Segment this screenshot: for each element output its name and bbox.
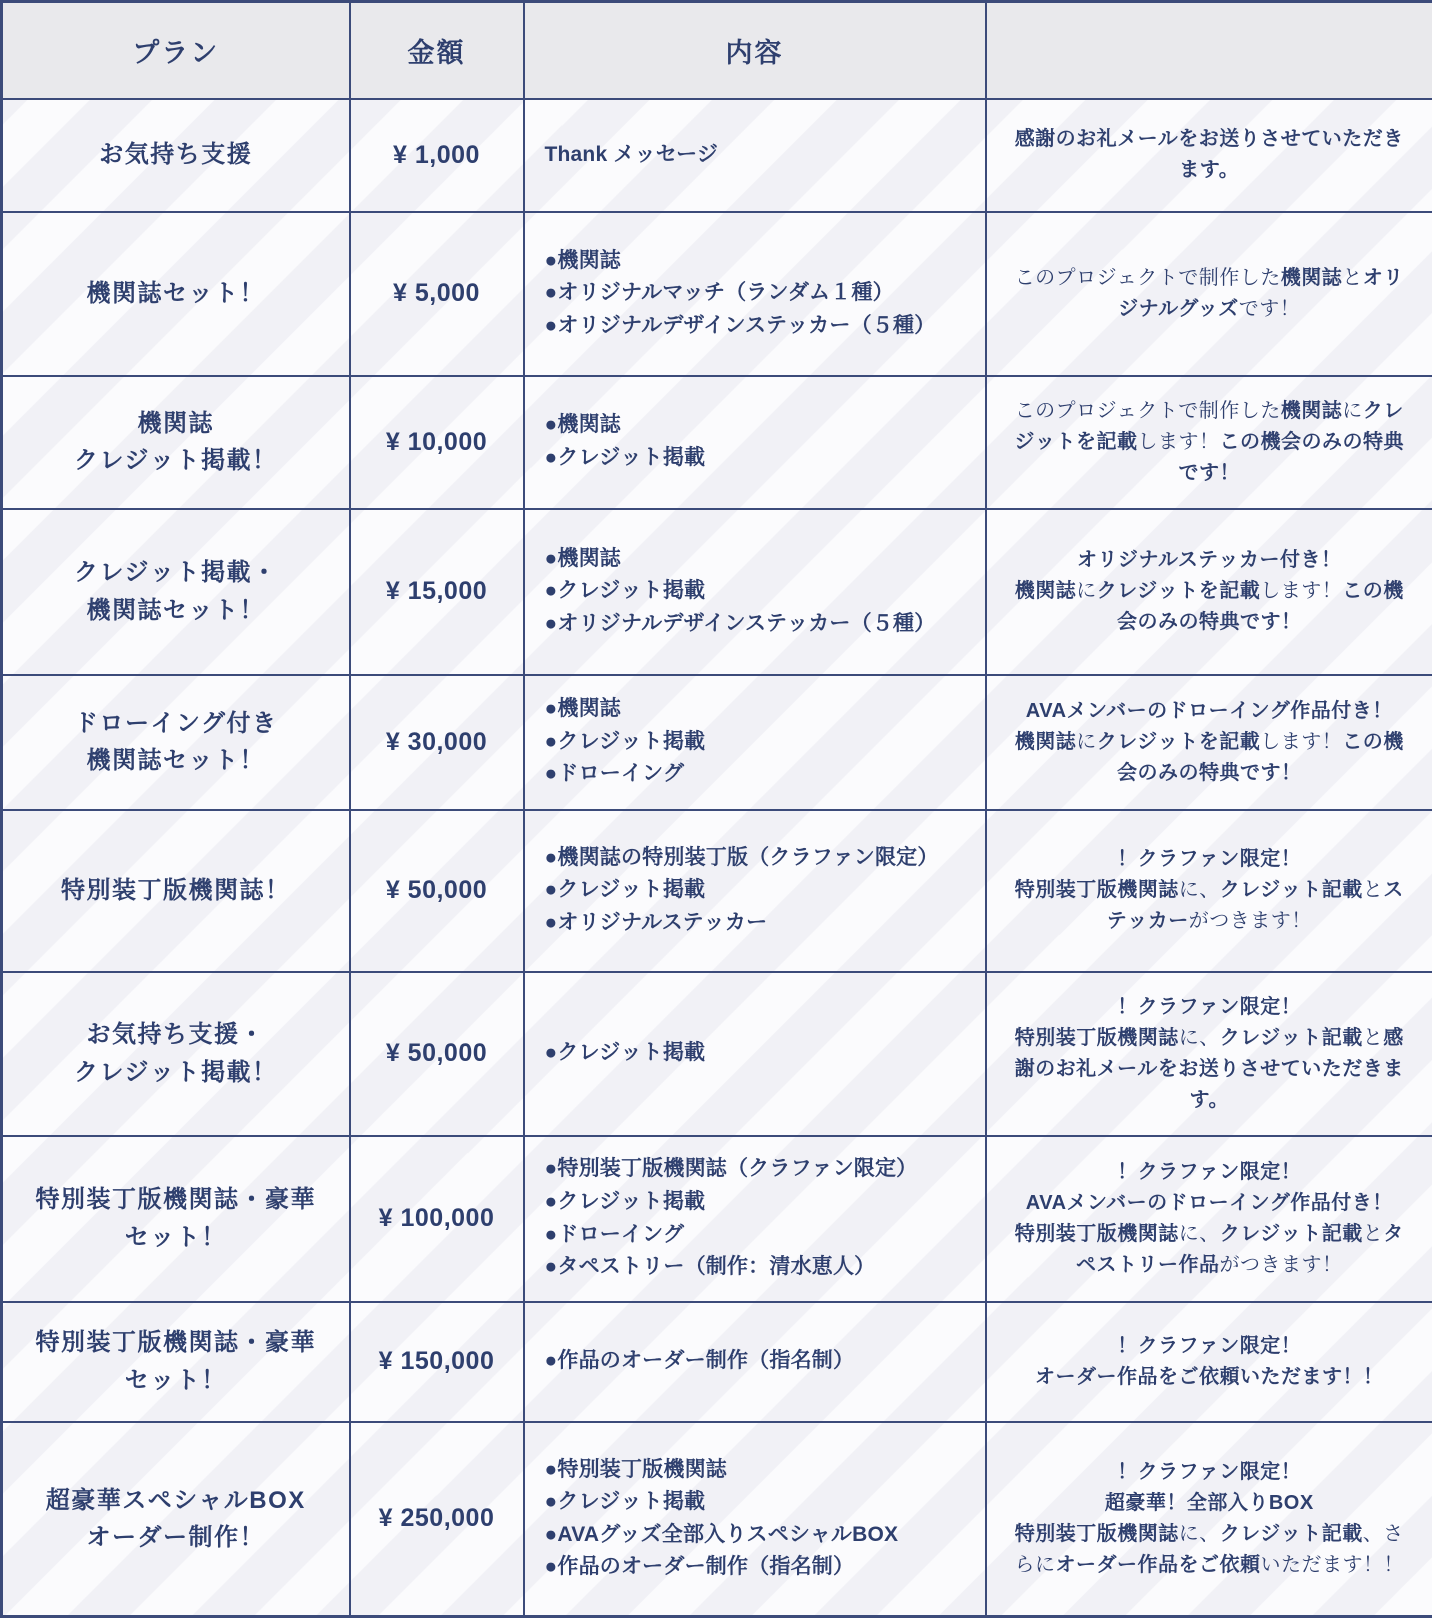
table-row: 超豪華スペシャルBOXオーダー制作！ ¥ 250,000 ●特別装丁版機関誌●ク… xyxy=(2,1422,1432,1617)
description-segment: 特別装丁版機関誌 xyxy=(1015,1223,1179,1245)
description-line: このプロジェクトで制作した機関誌にクレジットを記載します！この機会のみの特典です… xyxy=(1015,396,1405,489)
content-item: ●機関誌の特別装丁版（クラファン限定） xyxy=(545,842,975,875)
description-segment: いただます！！ xyxy=(1261,1554,1405,1576)
plan-cell: 機関誌セット！ xyxy=(2,212,350,376)
content-cell: ●機関誌●クレジット掲載 xyxy=(524,376,986,509)
table-row: 機関誌セット！ ¥ 5,000 ●機関誌●オリジナルマッチ（ランダム１種）●オリ… xyxy=(2,212,1432,376)
plan-line: 機関誌 xyxy=(138,410,215,437)
content-cell: Thank メッセージ xyxy=(524,99,986,212)
amount-cell: ¥ 100,000 xyxy=(350,1136,524,1302)
header-row: プラン 金額 内容 xyxy=(2,2,1432,99)
amount-cell: ¥ 15,000 xyxy=(350,509,524,675)
content-item: ●クレジット掲載 xyxy=(545,1486,975,1519)
description-segment: と xyxy=(1363,879,1384,901)
content-cell: ●特別装丁版機関誌●クレジット掲載●AVAグッズ全部入りスペシャルBOX●作品の… xyxy=(524,1422,986,1617)
content-item: ●特別装丁版機関誌（クラファン限定） xyxy=(545,1153,975,1186)
plan-line: 特別装丁版機関誌・豪華 xyxy=(36,1329,317,1356)
content-item: ●クレジット掲載 xyxy=(545,1186,975,1219)
table-row: クレジット掲載・機関誌セット！ ¥ 15,000 ●機関誌●クレジット掲載●オリ… xyxy=(2,509,1432,675)
table-row: 特別装丁版機関誌・豪華セット！ ¥ 150,000 ●作品のオーダー制作（指名制… xyxy=(2,1302,1432,1422)
description-segment: AVAメンバーのドローイング作品付き！ xyxy=(1026,700,1393,722)
content-item: ●機関誌 xyxy=(545,543,975,576)
description-segment: オリジナルステッカー付き！ xyxy=(1077,549,1342,571)
description-cell: ！クラファン限定！特別装丁版機関誌に、クレジット記載と感謝のお礼メールをお送りさ… xyxy=(986,972,1432,1136)
description-segment: します！ xyxy=(1260,580,1342,602)
description-segment: 感謝のお礼メールをお送りさせていただきます。 xyxy=(1015,128,1404,181)
col-header-blank xyxy=(986,2,1432,99)
plan-cell: お気持ち支援・クレジット掲載！ xyxy=(2,972,350,1136)
description-segment: ！クラファン限定！ xyxy=(1117,996,1301,1018)
content-cell: ●機関誌の特別装丁版（クラファン限定）●クレジット掲載●オリジナルステッカー xyxy=(524,810,986,972)
plan-line: お気持ち支援 xyxy=(99,141,252,168)
description-line: 感謝のお礼メールをお送りさせていただきます。 xyxy=(1015,124,1405,186)
amount-cell: ¥ 1,000 xyxy=(350,99,524,212)
col-header-plan: プラン xyxy=(2,2,350,99)
plan-line: セット！ xyxy=(125,1224,227,1251)
description-segment: 特別装丁版機関誌 xyxy=(1015,1523,1179,1545)
plan-line: クレジット掲載！ xyxy=(74,447,277,474)
plan-line: クレジット掲載・ xyxy=(74,559,277,586)
col-header-content: 内容 xyxy=(524,2,986,99)
description-segment: クレジット記載 xyxy=(1220,1027,1363,1049)
plan-line: 機関誌セット！ xyxy=(87,280,266,307)
description-segment: クレジット記載 xyxy=(1220,1223,1363,1245)
description-segment: に、 xyxy=(1179,879,1220,901)
content-cell: ●機関誌●オリジナルマッチ（ランダム１種）●オリジナルデザインステッカー（５種） xyxy=(524,212,986,376)
description-line: 特別装丁版機関誌に、クレジット記載とタペストリー作品がつきます！ xyxy=(1015,1219,1405,1281)
description-line: AVAメンバーのドローイング作品付き！ xyxy=(1015,696,1405,727)
description-segment: 機関誌 xyxy=(1015,731,1077,753)
amount-cell: ¥ 10,000 xyxy=(350,376,524,509)
content-item: ●クレジット掲載 xyxy=(545,874,975,907)
description-line: 特別装丁版機関誌に、クレジット記載とステッカーがつきます！ xyxy=(1015,875,1405,937)
description-segment: に xyxy=(1076,580,1097,602)
amount-cell: ¥ 30,000 xyxy=(350,675,524,810)
description-line: 機関誌にクレジットを記載します！この機会のみの特典です！ xyxy=(1015,727,1405,789)
plan-cell: 特別装丁版機関誌・豪華セット！ xyxy=(2,1136,350,1302)
content-item: ●作品のオーダー制作（指名制） xyxy=(545,1551,975,1584)
content-item: ●作品のオーダー制作（指名制） xyxy=(545,1345,975,1378)
description-segment: AVAメンバーのドローイング作品付き！ xyxy=(1026,1192,1393,1214)
plan-line: 機関誌セット！ xyxy=(87,747,266,774)
description-segment: します！ xyxy=(1260,731,1342,753)
content-item: ●クレジット掲載 xyxy=(545,726,975,759)
description-segment: 特別装丁版機関誌 xyxy=(1015,1027,1179,1049)
description-cell: 感謝のお礼メールをお送りさせていただきます。 xyxy=(986,99,1432,212)
content-item: ●機関誌 xyxy=(545,693,975,726)
description-segment: がつきます！ xyxy=(1220,1254,1343,1276)
content-item: Thank メッセージ xyxy=(545,139,975,172)
col-header-amount: 金額 xyxy=(350,2,524,99)
reward-plan-table: プラン 金額 内容 お気持ち支援 ¥ 1,000 Thank メッセージ 感謝の… xyxy=(0,0,1432,1618)
description-line: このプロジェクトで制作した機関誌とオリジナルグッズです！ xyxy=(1015,263,1405,325)
description-segment: に、 xyxy=(1179,1027,1220,1049)
content-cell: ●特別装丁版機関誌（クラファン限定）●クレジット掲載●ドローイング●タペストリー… xyxy=(524,1136,986,1302)
plan-cell: ドローイング付き機関誌セット！ xyxy=(2,675,350,810)
content-item: ●オリジナルデザインステッカー（５種） xyxy=(545,608,975,641)
plan-line: 特別装丁版機関誌！ xyxy=(61,877,291,904)
description-segment: オーダー作品をご依頼いただます！！ xyxy=(1035,1366,1384,1388)
plan-line: オーダー制作！ xyxy=(87,1524,266,1551)
content-item: ●オリジナルデザインステッカー（５種） xyxy=(545,310,975,343)
content-cell: ●機関誌●クレジット掲載●ドローイング xyxy=(524,675,986,810)
description-segment: クレジットを記載 xyxy=(1097,580,1261,602)
description-segment: このプロジェクトで制作した xyxy=(1015,267,1281,289)
plan-line: 超豪華スペシャルBOX xyxy=(46,1487,306,1514)
plan-cell: クレジット掲載・機関誌セット！ xyxy=(2,509,350,675)
plan-line: クレジット掲載！ xyxy=(74,1059,277,1086)
description-segment: に、 xyxy=(1179,1523,1220,1545)
table-row: 特別装丁版機関誌！ ¥ 50,000 ●機関誌の特別装丁版（クラファン限定）●ク… xyxy=(2,810,1432,972)
content-item: ●AVAグッズ全部入りスペシャルBOX xyxy=(545,1519,975,1552)
plan-line: ドローイング付き xyxy=(74,710,278,737)
description-segment: 超豪華！全部入りBOX xyxy=(1105,1492,1314,1514)
description-segment: と xyxy=(1342,267,1363,289)
description-cell: AVAメンバーのドローイング作品付き！機関誌にクレジットを記載します！この機会の… xyxy=(986,675,1432,810)
description-segment: このプロジェクトで制作した xyxy=(1015,400,1281,422)
description-segment: と xyxy=(1363,1223,1384,1245)
content-cell: ●機関誌●クレジット掲載●オリジナルデザインステッカー（５種） xyxy=(524,509,986,675)
table-row: お気持ち支援・クレジット掲載！ ¥ 50,000 ●クレジット掲載 ！クラファン… xyxy=(2,972,1432,1136)
description-segment: がつきます！ xyxy=(1189,910,1312,932)
table-row: ドローイング付き機関誌セット！ ¥ 30,000 ●機関誌●クレジット掲載●ドロ… xyxy=(2,675,1432,810)
plan-cell: 機関誌クレジット掲載！ xyxy=(2,376,350,509)
amount-cell: ¥ 50,000 xyxy=(350,972,524,1136)
content-item: ●オリジナルマッチ（ランダム１種） xyxy=(545,277,975,310)
description-segment: 特別装丁版機関誌 xyxy=(1015,879,1179,901)
amount-cell: ¥ 50,000 xyxy=(350,810,524,972)
description-line: 特別装丁版機関誌に、クレジット記載、さらにオーダー作品をご依頼いただます！！ xyxy=(1015,1519,1405,1581)
description-segment: に xyxy=(1076,731,1097,753)
description-segment: と xyxy=(1363,1027,1384,1049)
content-item: ●ドローイング xyxy=(545,758,975,791)
description-cell: ！クラファン限定！特別装丁版機関誌に、クレジット記載とステッカーがつきます！ xyxy=(986,810,1432,972)
description-line: ！クラファン限定！ xyxy=(1015,992,1405,1023)
content-item: ●ドローイング xyxy=(545,1219,975,1252)
table-body: お気持ち支援 ¥ 1,000 Thank メッセージ 感謝のお礼メールをお送りさ… xyxy=(2,99,1432,1617)
description-line: 超豪華！全部入りBOX xyxy=(1015,1488,1405,1519)
plan-cell: お気持ち支援 xyxy=(2,99,350,212)
description-segment: ！クラファン限定！ xyxy=(1117,1335,1301,1357)
description-line: 機関誌にクレジットを記載します！この機会のみの特典です！ xyxy=(1015,576,1405,638)
description-cell: ！クラファン限定！オーダー作品をご依頼いただます！！ xyxy=(986,1302,1432,1422)
plan-line: お気持ち支援・ xyxy=(87,1021,266,1048)
amount-cell: ¥ 150,000 xyxy=(350,1302,524,1422)
plan-line: 機関誌セット！ xyxy=(87,597,266,624)
table-row: 特別装丁版機関誌・豪華セット！ ¥ 100,000 ●特別装丁版機関誌（クラファ… xyxy=(2,1136,1432,1302)
description-cell: オリジナルステッカー付き！機関誌にクレジットを記載します！この機会のみの特典です… xyxy=(986,509,1432,675)
plan-cell: 特別装丁版機関誌・豪華セット！ xyxy=(2,1302,350,1422)
description-segment: に xyxy=(1342,400,1363,422)
amount-cell: ¥ 5,000 xyxy=(350,212,524,376)
description-cell: ！クラファン限定！AVAメンバーのドローイング作品付き！特別装丁版機関誌に、クレ… xyxy=(986,1136,1432,1302)
description-segment: 機関誌 xyxy=(1281,400,1343,422)
plan-cell: 特別装丁版機関誌！ xyxy=(2,810,350,972)
description-line: 特別装丁版機関誌に、クレジット記載と感謝のお礼メールをお送りさせていただきます。 xyxy=(1015,1023,1405,1116)
description-segment: 機関誌 xyxy=(1281,267,1343,289)
description-line: ！クラファン限定！ xyxy=(1015,1457,1405,1488)
content-item: ●オリジナルステッカー xyxy=(545,907,975,940)
plan-line: 特別装丁版機関誌・豪華 xyxy=(36,1186,317,1213)
description-segment: ！クラファン限定！ xyxy=(1117,848,1301,870)
description-segment: クレジット記載 xyxy=(1220,879,1363,901)
description-cell: ！クラファン限定！超豪華！全部入りBOX特別装丁版機関誌に、クレジット記載、さら… xyxy=(986,1422,1432,1617)
table-row: お気持ち支援 ¥ 1,000 Thank メッセージ 感謝のお礼メールをお送りさ… xyxy=(2,99,1432,212)
table-header: プラン 金額 内容 xyxy=(2,2,1432,99)
content-cell: ●クレジット掲載 xyxy=(524,972,986,1136)
description-segment: ！クラファン限定！ xyxy=(1117,1461,1301,1483)
content-item: ●タペストリー（制作：清水恵人） xyxy=(545,1251,975,1284)
description-line: ！クラファン限定！ xyxy=(1015,1157,1405,1188)
description-segment: クレジット記載 xyxy=(1220,1523,1363,1545)
description-segment: クレジットを記載 xyxy=(1097,731,1261,753)
description-line: ！クラファン限定！ xyxy=(1015,844,1405,875)
table-row: 機関誌クレジット掲載！ ¥ 10,000 ●機関誌●クレジット掲載 このプロジェ… xyxy=(2,376,1432,509)
description-segment: に、 xyxy=(1179,1223,1220,1245)
description-cell: このプロジェクトで制作した機関誌とオリジナルグッズです！ xyxy=(986,212,1432,376)
content-item: ●機関誌 xyxy=(545,245,975,278)
description-line: オーダー作品をご依頼いただます！！ xyxy=(1015,1362,1405,1393)
content-item: ●機関誌 xyxy=(545,409,975,442)
content-item: ●クレジット掲載 xyxy=(545,1037,975,1070)
description-segment: ！クラファン限定！ xyxy=(1117,1161,1301,1183)
description-segment: です！ xyxy=(1239,298,1301,320)
description-segment: します！ xyxy=(1138,431,1220,453)
description-line: ！クラファン限定！ xyxy=(1015,1331,1405,1362)
content-item: ●クレジット掲載 xyxy=(545,442,975,475)
amount-cell: ¥ 250,000 xyxy=(350,1422,524,1617)
description-segment: 機関誌 xyxy=(1015,580,1077,602)
description-segment: オーダー作品をご依頼 xyxy=(1056,1554,1261,1576)
content-item: ●特別装丁版機関誌 xyxy=(545,1454,975,1487)
description-segment: 、 xyxy=(1363,1523,1384,1545)
description-cell: このプロジェクトで制作した機関誌にクレジットを記載します！この機会のみの特典です… xyxy=(986,376,1432,509)
content-cell: ●作品のオーダー制作（指名制） xyxy=(524,1302,986,1422)
content-item: ●クレジット掲載 xyxy=(545,575,975,608)
description-line: AVAメンバーのドローイング作品付き！ xyxy=(1015,1188,1405,1219)
plan-line: セット！ xyxy=(125,1367,227,1394)
plan-cell: 超豪華スペシャルBOXオーダー制作！ xyxy=(2,1422,350,1617)
description-line: オリジナルステッカー付き！ xyxy=(1015,545,1405,576)
